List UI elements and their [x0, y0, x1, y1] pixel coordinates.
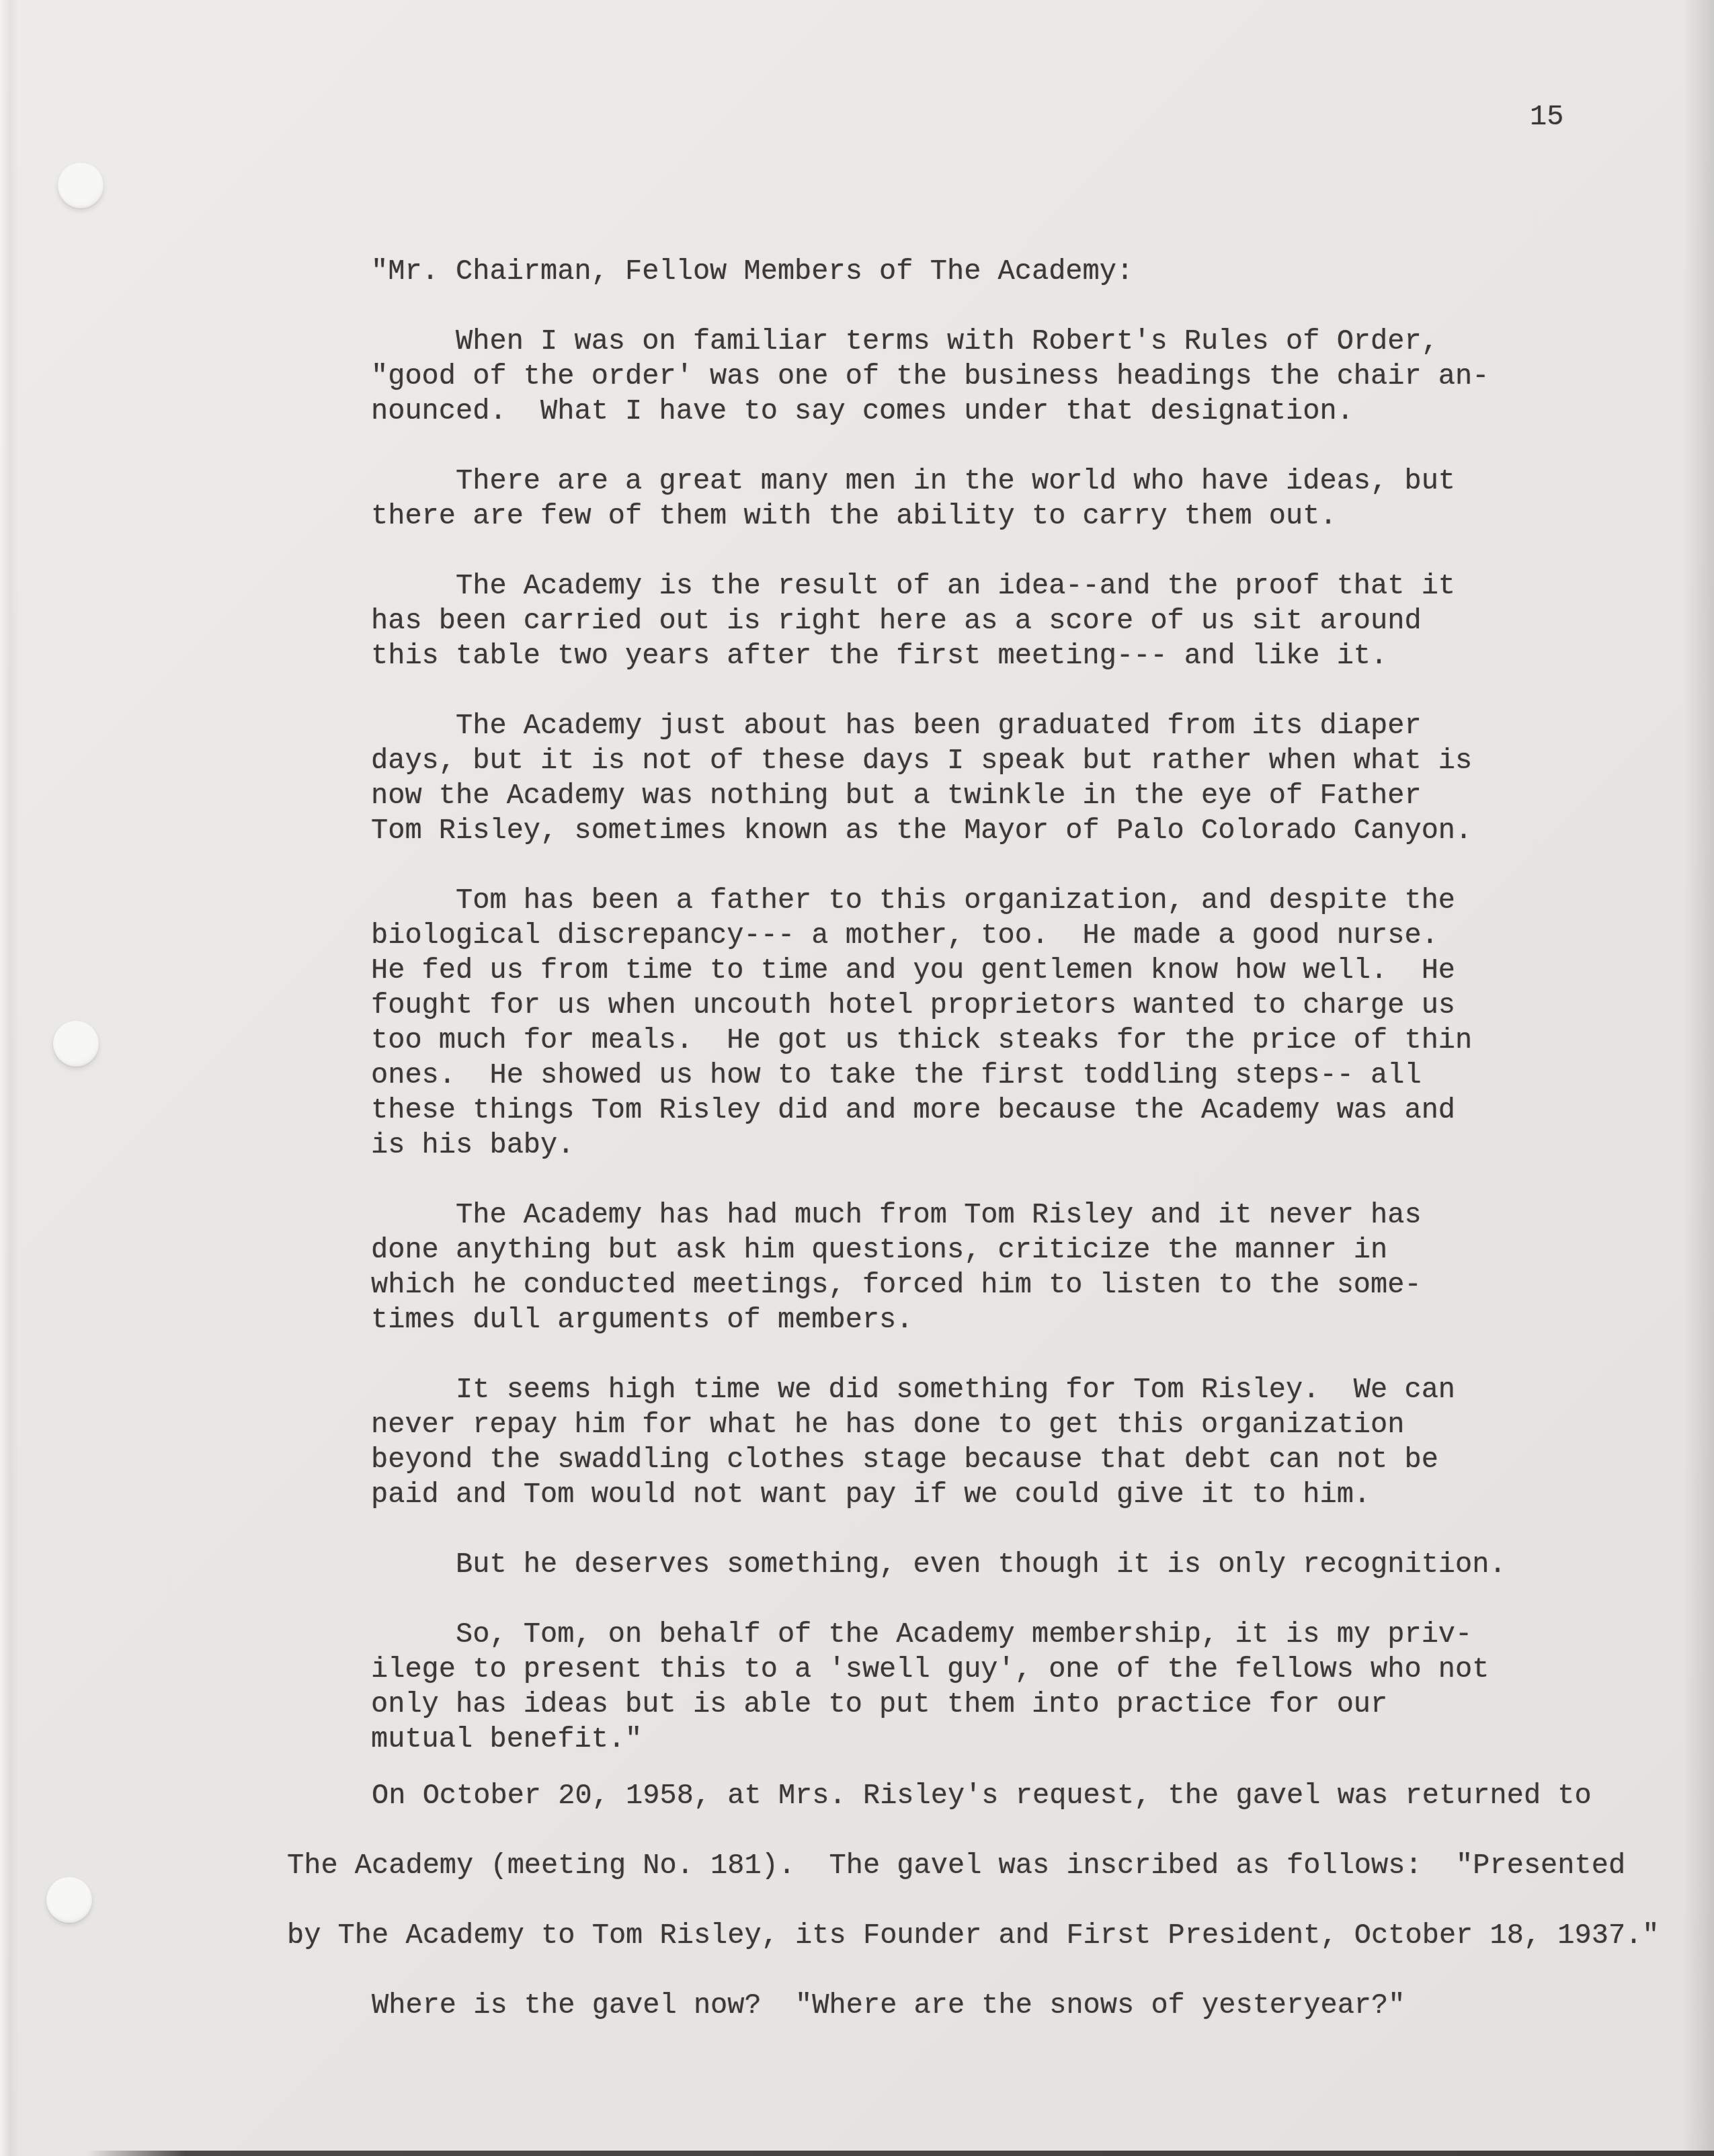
- speech-paragraph-6: The Academy has had much from Tom Risley…: [371, 1198, 1506, 1337]
- punch-hole-top: [58, 163, 104, 208]
- page-left-edge-shading: [0, 0, 19, 2156]
- punch-hole-middle: [53, 1021, 99, 1067]
- speech-paragraph-4: The Academy just about has been graduate…: [371, 708, 1506, 848]
- page-right-edge-shadow: [1683, 0, 1714, 2156]
- speech-paragraph-2: There are a great many men in the world …: [371, 464, 1506, 534]
- punch-hole-bottom: [46, 1877, 92, 1923]
- speech-paragraph-9: So, Tom, on behalf of the Academy member…: [371, 1617, 1506, 1757]
- speech-paragraph-1: When I was on familiar terms with Robert…: [371, 324, 1506, 429]
- speech-paragraph-8: But he deserves something, even though i…: [371, 1547, 1506, 1582]
- scanned-page: 15 "Mr. Chairman, Fellow Members of The …: [0, 0, 1714, 2156]
- speech-paragraph-7: It seems high time we did something for …: [371, 1372, 1506, 1512]
- speech-salutation: "Mr. Chairman, Fellow Members of The Aca…: [371, 254, 1506, 289]
- speech-paragraph-5: Tom has been a father to this organizati…: [371, 883, 1506, 1163]
- closing-narrative: On October 20, 1958, at Mrs. Risley's re…: [287, 1761, 1660, 2040]
- speech-transcript: "Mr. Chairman, Fellow Members of The Aca…: [371, 254, 1506, 1757]
- speech-paragraph-3: The Academy is the result of an idea--an…: [371, 569, 1506, 673]
- page-number: 15: [1530, 99, 1563, 134]
- scan-bottom-edge-line: [87, 2151, 1714, 2156]
